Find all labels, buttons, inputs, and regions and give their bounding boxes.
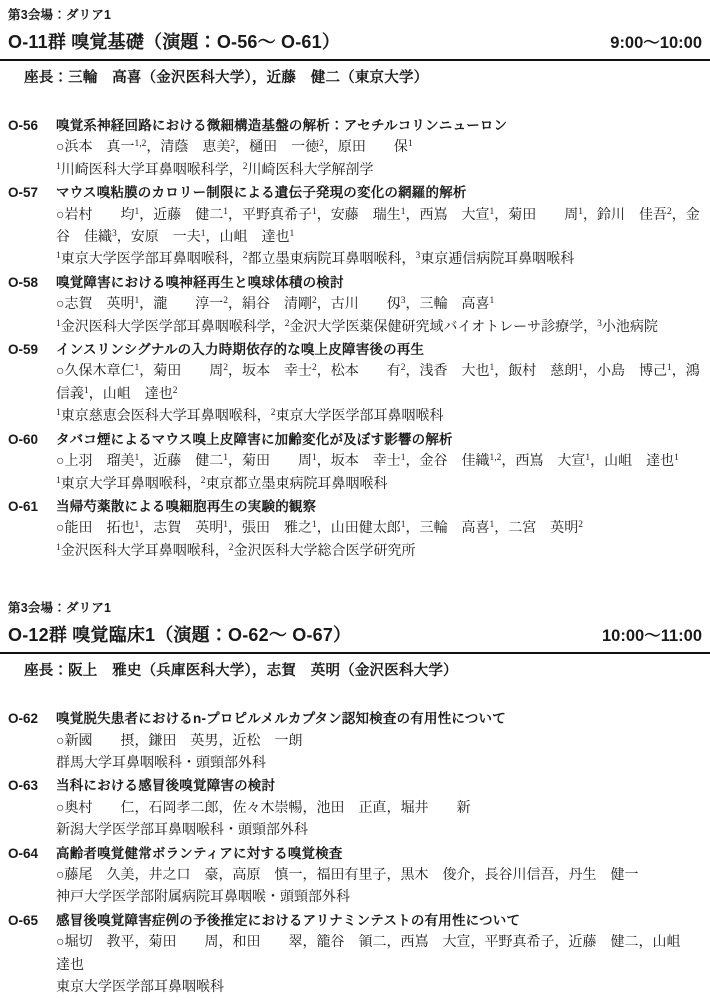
presentation-item: O-56嗅覚系神経回路における微細構造基盤の解析：アセチルコリンニューロン○浜本… [8, 115, 702, 182]
presentation-item: O-59インスリンシグナルの入力時期依存的な嗅上皮障害後の再生○久保木章仁1，菊… [8, 339, 702, 429]
author-affiliation-ref: 1 [578, 363, 583, 373]
affiliation-ref: 1 [56, 408, 61, 418]
author-affiliation-ref: 1 [312, 453, 317, 463]
presentation-item: O-62嗅覚脱失患者におけるn-プロピルメルカプタン認知検査の有用性について○新… [8, 708, 702, 775]
author-name: 山田健太郎 [331, 521, 401, 536]
presentation-body: 高齢者嗅覚健常ボランティアに対する嗅覚検査○藤尾 久美，井之口 豪，高原 慎一，… [56, 843, 702, 910]
presentation-title: マウス嗅粘膜のカロリー制限による遺伝子発現の変化の網羅的解析 [56, 182, 702, 204]
author-affiliation-ref: 1 [489, 296, 494, 306]
author-affiliation-ref: 3 [112, 229, 117, 239]
affiliation-ref: 2 [285, 319, 290, 329]
author-affiliation-ref: 2 [319, 139, 324, 149]
author-name: 池田 正直 [316, 801, 386, 816]
author-name: ○上羽 瑠美 [56, 454, 134, 469]
presentation-title: 当帰芍薬散による嗅細胞再生の実験的観察 [56, 496, 702, 518]
affiliation-ref: 1 [56, 476, 61, 486]
author-affiliation-ref: 1 [201, 229, 206, 239]
presentation-body: マウス嗅粘膜のカロリー制限による遺伝子発現の変化の網羅的解析○岩村 均1，近藤 … [56, 182, 702, 272]
author-affiliation-ref: 1 [134, 296, 139, 306]
author-name: 原田 保 [338, 140, 408, 155]
session-title: O-11群 嗅覚基礎（演題：O-56～ O-61） [8, 31, 340, 53]
presentation-affiliations: 1東京慈恵会医科大学耳鼻咽喉科，2東京大学医学部耳鼻咽喉科 [56, 406, 702, 428]
session-o11: 第3会場：ダリア1 O-11群 嗅覚基礎（演題：O-56～ O-61） 9:00… [8, 8, 702, 563]
presentation-body: 当科における感冒後嗅覚障害の検討○奥村 仁，石岡孝二郎，佐々木崇暢，池田 正直，… [56, 775, 702, 842]
presentation-item: O-57マウス嗅粘膜のカロリー制限による遺伝子発現の変化の網羅的解析○岩村 均1… [8, 182, 702, 272]
presentation-authors: ○岩村 均1，近藤 健二1，平野真希子1，安藤 瑞生1，西嶌 大宣1，菊田 周1… [56, 205, 702, 250]
author-name: ○浜本 真一 [56, 140, 134, 155]
author-name: ○岩村 均 [56, 208, 134, 223]
author-name: 西嶌 大宣 [515, 454, 585, 469]
affiliation-ref: 3 [597, 319, 602, 329]
author-name: 菊田 周 [242, 454, 312, 469]
author-name: 西嶌 大宣 [400, 935, 470, 950]
author-name: 佐々木崇暢 [232, 801, 302, 816]
author-name: 瀧 淳一 [153, 297, 223, 312]
author-name: 近藤 健二 [153, 454, 223, 469]
presentation-authors: ○堀切 教平，菊田 周，和田 翠，籠谷 領二，西嶌 大宣，平野真希子，近藤 健二… [56, 932, 702, 977]
author-affiliation-ref: 1 [290, 229, 295, 239]
author-affiliation-ref: 1 [134, 453, 139, 463]
presentation-affiliations: 1金沢医科大学医学部耳鼻咽喉科学，2金沢大学医薬保健研究域バイオトレーサ診療学，… [56, 317, 702, 339]
presentation-title: 当科における感冒後嗅覚障害の検討 [56, 775, 702, 797]
presentation-id: O-62 [8, 708, 56, 730]
affiliation-ref: 3 [416, 251, 421, 261]
author-name: 小島 博己 [597, 364, 667, 379]
author-affiliation-ref: 2 [312, 296, 317, 306]
author-name: ○堀切 教平 [56, 935, 134, 950]
author-affiliation-ref: 1 [578, 207, 583, 217]
author-affiliation-ref: 1 [489, 207, 494, 217]
author-affiliation-ref: 2 [223, 363, 228, 373]
presentation-affiliations: 神戸大学医学部附属病院耳鼻咽喉・頭頸部外科 [56, 887, 702, 909]
venue-label: 第3会場：ダリア1 [8, 601, 702, 615]
author-name: 張田 雅之 [242, 521, 312, 536]
author-name: 福田有里子 [316, 868, 386, 883]
author-affiliation-ref: 2 [578, 520, 583, 530]
presentation-authors: ○能田 拓也1，志賀 英明1，張田 雅之1，山田健太郎1，三輪 高喜1，二宮 英… [56, 518, 702, 540]
session-time: 10:00～11:00 [602, 622, 702, 646]
author-name: 松本 有 [331, 364, 401, 379]
affiliation-ref: 2 [243, 251, 248, 261]
author-name: 井之口 豪 [148, 868, 218, 883]
presentation-body: インスリンシグナルの入力時期依存的な嗅上皮障害後の再生○久保木章仁1，菊田 周2… [56, 339, 702, 429]
presentation-id: O-63 [8, 775, 56, 797]
affiliation-ref: 2 [271, 408, 276, 418]
presentation-id: O-57 [8, 182, 56, 204]
author-affiliation-ref: 1 [223, 520, 228, 530]
session-header: O-11群 嗅覚基礎（演題：O-56～ O-61） 9:00～10:00 [8, 29, 702, 53]
presentation-affiliations: 1東京大学医学部耳鼻咽喉科，2都立墨東病院耳鼻咽喉科，3東京逓信病院耳鼻咽喉科 [56, 249, 702, 271]
author-name: ○久保木章仁 [56, 364, 134, 379]
author-name: 絹谷 清剛 [242, 297, 312, 312]
author-affiliation-ref: 2 [312, 363, 317, 373]
presentation-list-1: O-56嗅覚系神経回路における微細構造基盤の解析：アセチルコリンニューロン○浜本… [8, 115, 702, 563]
author-affiliation-ref: 1,2 [134, 139, 146, 149]
presentation-authors: ○志賀 英明1，瀧 淳一2，絹谷 清剛2，古川 仭3，三輪 高喜1 [56, 294, 702, 316]
presentation-title: 嗅覚障害における嗅神経再生と嗅球体積の検討 [56, 272, 702, 294]
presentation-title: 嗅覚脱失患者におけるn-プロピルメルカプタン認知検査の有用性について [56, 708, 702, 730]
author-name: 菊田 周 [508, 208, 578, 223]
author-name: 近藤 健二 [568, 935, 638, 950]
author-affiliation-ref: 1 [134, 207, 139, 217]
presentation-item: O-65感冒後嗅覚障害症例の予後推定におけるアリナミンテストの有用性について○堀… [8, 910, 702, 1000]
author-name: 菊田 周 [148, 935, 218, 950]
author-affiliation-ref: 1 [585, 453, 590, 463]
presentation-body: 当帰芍薬散による嗅細胞再生の実験的観察○能田 拓也1，志賀 英明1，張田 雅之1… [56, 496, 702, 563]
session-o12: 第3会場：ダリア1 O-12群 嗅覚臨床1（演題：O-62～ O-67） 10:… [8, 601, 702, 999]
affiliation-ref: 1 [56, 319, 61, 329]
author-affiliation-ref: 1 [489, 520, 494, 530]
presentation-affiliations: 東京大学医学部耳鼻咽喉科 [56, 977, 702, 999]
author-name: 坂本 幸士 [331, 454, 401, 469]
presentation-id: O-59 [8, 339, 56, 361]
author-name: 黒木 俊介 [400, 868, 470, 883]
presentation-body: 嗅覚障害における嗅神経再生と嗅球体積の検討○志賀 英明1，瀧 淳一2，絹谷 清剛… [56, 272, 702, 339]
author-name: 安藤 瑞生 [331, 208, 401, 223]
presentation-id: O-65 [8, 910, 56, 932]
session-chairs: 座長：三輪 高喜（金沢医科大学），近藤 健二（東京大学） [8, 61, 702, 88]
author-name: 飯村 慈朗 [508, 364, 578, 379]
author-name: 志賀 英明 [153, 521, 223, 536]
author-name: 三輪 高喜 [419, 521, 489, 536]
presentation-body: 嗅覚脱失患者におけるn-プロピルメルカプタン認知検査の有用性について○新國 摂，… [56, 708, 702, 775]
author-name: 高原 慎一 [232, 868, 302, 883]
author-name: 三輪 高喜 [419, 297, 489, 312]
author-affiliation-ref: 1 [134, 363, 139, 373]
author-name: 籠谷 領二 [316, 935, 386, 950]
presentation-authors: ○浜本 真一1,2，清蔭 恵美2，樋田 一徳2，原田 保1 [56, 137, 702, 159]
affiliation-ref: 1 [56, 162, 61, 172]
session-header: O-12群 嗅覚臨床1（演題：O-62～ O-67） 10:00～11:00 [8, 622, 702, 646]
author-name: 坂本 幸士 [242, 364, 312, 379]
author-name: 近松 一朗 [232, 734, 302, 749]
presentation-authors: ○久保木章仁1，菊田 周2，坂本 幸士2，松本 有2，浅香 大也1，飯村 慈朗1… [56, 361, 702, 406]
presentation-authors: ○上羽 瑠美1，近藤 健二1，菊田 周1，坂本 幸士1，金谷 佳織1,2，西嶌 … [56, 451, 702, 473]
presentation-authors: ○藤尾 久美，井之口 豪，高原 慎一，福田有里子，黒木 俊介，長谷川信吾，丹生 … [56, 865, 702, 887]
presentation-title: インスリンシグナルの入力時期依存的な嗅上皮障害後の再生 [56, 339, 702, 361]
author-affiliation-ref: 3 [401, 296, 406, 306]
presentation-item: O-61当帰芍薬散による嗅細胞再生の実験的観察○能田 拓也1，志賀 英明1，張田… [8, 496, 702, 563]
presentation-affiliations: 1川崎医科大学耳鼻咽喉科学，2川崎医科大学解剖学 [56, 160, 702, 182]
author-name: 西嶌 大宣 [419, 208, 489, 223]
session-title: O-12群 嗅覚臨床1（演題：O-62～ O-67） [8, 624, 351, 646]
author-name: 古川 仭 [331, 297, 401, 312]
author-name: 平野真希子 [242, 208, 312, 223]
presentation-list-2: O-62嗅覚脱失患者におけるn-プロピルメルカプタン認知検査の有用性について○新… [8, 708, 702, 999]
session-time: 9:00～10:00 [610, 29, 702, 53]
author-name: 清蔭 恵美 [160, 140, 230, 155]
venue-label: 第3会場：ダリア1 [8, 8, 702, 22]
presentation-affiliations: 群馬大学耳鼻咽喉科・頭頸部外科 [56, 753, 702, 775]
presentation-id: O-64 [8, 843, 56, 865]
author-affiliation-ref: 2 [401, 363, 406, 373]
author-affiliation-ref: 2 [223, 296, 228, 306]
session-chairs: 座長：阪上 雅史（兵庫医科大学），志賀 英明（金沢医科大学） [8, 654, 702, 681]
author-name: 鎌田 英男 [148, 734, 218, 749]
presentation-affiliations: 1金沢医科大学耳鼻咽喉科，2金沢医科大学総合医学研究所 [56, 541, 702, 563]
affiliation-ref: 1 [56, 543, 61, 553]
author-affiliation-ref: 1 [312, 207, 317, 217]
author-name: 和田 翠 [232, 935, 302, 950]
author-name: 山岨 達也 [220, 230, 290, 245]
author-name: 山岨 達也 [604, 454, 674, 469]
author-name: 菊田 周 [153, 364, 223, 379]
presentation-id: O-61 [8, 496, 56, 518]
author-name: 丹生 健一 [568, 868, 638, 883]
author-name: 平野真希子 [484, 935, 554, 950]
author-name: 鈴川 佳吾 [597, 208, 667, 223]
presentation-title: 感冒後嗅覚障害症例の予後推定におけるアリナミンテストの有用性について [56, 910, 702, 932]
author-name: 樋田 一徳 [249, 140, 319, 155]
author-name: 石岡孝二郎 [148, 801, 218, 816]
author-name: 堀井 新 [400, 801, 470, 816]
author-name: 安原 一夫 [131, 230, 201, 245]
author-affiliation-ref: 1 [489, 363, 494, 373]
affiliation-ref: 2 [229, 543, 234, 553]
presentation-affiliations: 1東京大学耳鼻咽喉科，2東京都立墨東病院耳鼻咽喉科 [56, 474, 702, 496]
author-affiliation-ref: 1 [667, 363, 672, 373]
presentation-item: O-58嗅覚障害における嗅神経再生と嗅球体積の検討○志賀 英明1，瀧 淳一2，絹… [8, 272, 702, 339]
author-name: ○藤尾 久美 [56, 868, 134, 883]
presentation-item: O-60タバコ煙によるマウス嗅上皮障害に加齢変化が及ぼす影響の解析○上羽 瑠美1… [8, 429, 702, 496]
author-affiliation-ref: 1 [134, 520, 139, 530]
presentation-title: タバコ煙によるマウス嗅上皮障害に加齢変化が及ぼす影響の解析 [56, 429, 702, 451]
presentation-affiliations: 新潟大学医学部耳鼻咽喉科・頭頸部外科 [56, 820, 702, 842]
author-affiliation-ref: 1 [674, 453, 679, 463]
author-affiliation-ref: 1 [408, 139, 413, 149]
author-name: 山岨 達也 [103, 387, 173, 402]
presentation-item: O-63当科における感冒後嗅覚障害の検討○奥村 仁，石岡孝二郎，佐々木崇暢，池田… [8, 775, 702, 842]
author-affiliation-ref: 2 [667, 207, 672, 217]
presentation-body: 感冒後嗅覚障害症例の予後推定におけるアリナミンテストの有用性について○堀切 教平… [56, 910, 702, 1000]
author-affiliation-ref: 2 [173, 386, 178, 396]
author-affiliation-ref: 1 [312, 520, 317, 530]
author-affiliation-ref: 1 [401, 520, 406, 530]
author-name: ○新國 摂 [56, 734, 134, 749]
author-affiliation-ref: 1 [223, 453, 228, 463]
presentation-authors: ○新國 摂，鎌田 英男，近松 一朗 [56, 731, 702, 753]
presentation-body: 嗅覚系神経回路における微細構造基盤の解析：アセチルコリンニューロン○浜本 真一1… [56, 115, 702, 182]
author-name: 浅香 大也 [419, 364, 489, 379]
author-affiliation-ref: 1,2 [489, 453, 501, 463]
presentation-id: O-60 [8, 429, 56, 451]
author-name: 金谷 佳織 [419, 454, 489, 469]
author-name: ○奥村 仁 [56, 801, 134, 816]
author-name: ○志賀 英明 [56, 297, 134, 312]
author-affiliation-ref: 1 [401, 207, 406, 217]
author-affiliation-ref: 2 [230, 139, 235, 149]
affiliation-ref: 2 [243, 162, 248, 172]
program-page: 第3会場：ダリア1 O-11群 嗅覚基礎（演題：O-56～ O-61） 9:00… [0, 0, 710, 999]
author-affiliation-ref: 1 [223, 207, 228, 217]
author-name: ○能田 拓也 [56, 521, 134, 536]
author-name: 二宮 英明 [508, 521, 578, 536]
affiliation-ref: 2 [201, 476, 206, 486]
presentation-body: タバコ煙によるマウス嗅上皮障害に加齢変化が及ぼす影響の解析○上羽 瑠美1，近藤 … [56, 429, 702, 496]
author-name: 近藤 健二 [153, 208, 223, 223]
presentation-item: O-64高齢者嗅覚健常ボランティアに対する嗅覚検査○藤尾 久美，井之口 豪，高原… [8, 843, 702, 910]
author-affiliation-ref: 1 [84, 386, 89, 396]
presentation-id: O-56 [8, 115, 56, 137]
affiliation-ref: 1 [56, 251, 61, 261]
presentation-id: O-58 [8, 272, 56, 294]
presentation-title: 高齢者嗅覚健常ボランティアに対する嗅覚検査 [56, 843, 702, 865]
presentation-title: 嗅覚系神経回路における微細構造基盤の解析：アセチルコリンニューロン [56, 115, 702, 137]
presentation-authors: ○奥村 仁，石岡孝二郎，佐々木崇暢，池田 正直，堀井 新 [56, 798, 702, 820]
author-name: 長谷川信吾 [484, 868, 554, 883]
author-affiliation-ref: 1 [401, 453, 406, 463]
